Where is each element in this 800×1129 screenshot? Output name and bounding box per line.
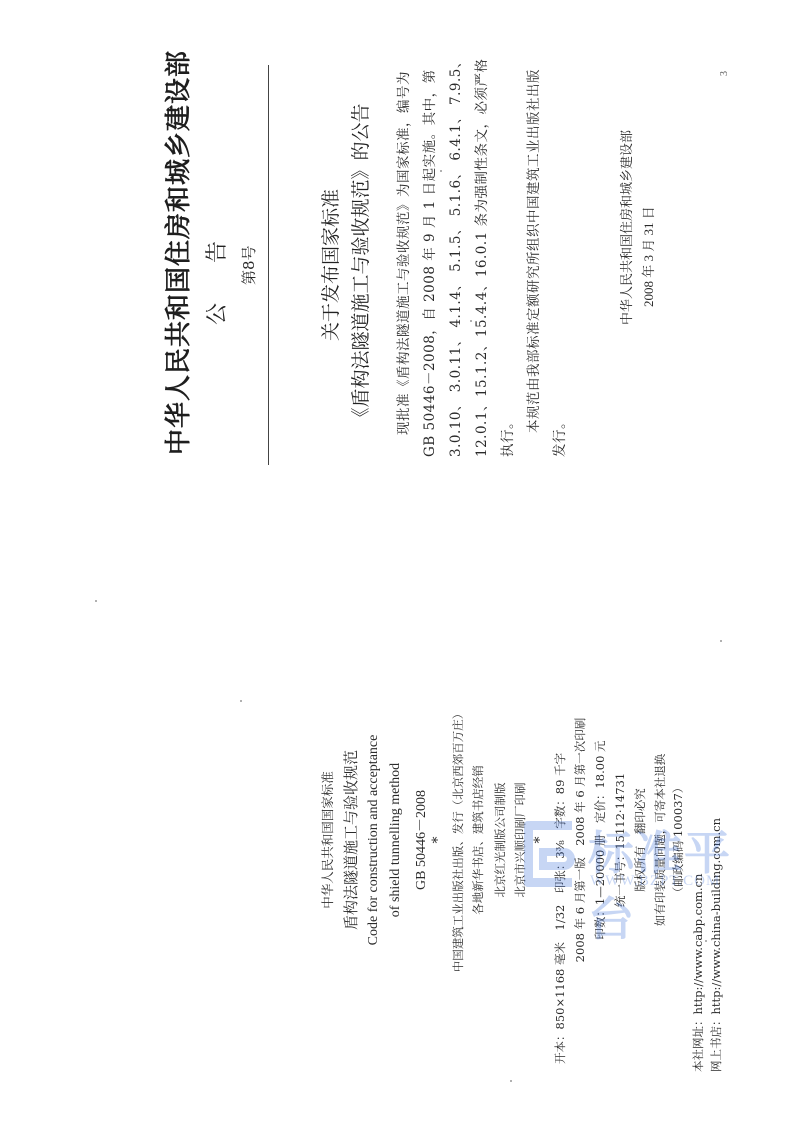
bzpt-logo-icon [524, 821, 572, 887]
standard-type: 中华人民共和国国家标准 [318, 580, 336, 1100]
announcement-panel: 中华人民共和国住房和城乡建设部 公告 第8号 关于发布国家标准 《盾构法隧道施工… [140, 55, 720, 475]
standard-code: GB 50446－2008 [410, 580, 430, 1100]
page-number: 3 [719, 71, 730, 76]
website-line: 本社网址：http://www.cabp.com.cn [690, 552, 706, 1072]
bookstore-line: 网上书店：http://www.china-building.com.cn [708, 552, 724, 1072]
distributor-line: 各地新华书店、建筑书店经销 [470, 580, 486, 1100]
format-line: 开本：850×1168 毫米 1/32 印张：3⅜ 字数：89 千字 [552, 544, 568, 1064]
scan-speck [720, 640, 722, 642]
scan-speck [470, 320, 472, 322]
watermark-text-en: WWW.BZPT.COM [590, 873, 720, 890]
body-line: GB 50446－2008，自 2008 年 9 月 1 日起实施。其中，第 [418, 69, 438, 457]
notice-number: 第8号 [238, 245, 259, 285]
subject-line-1: 关于发布国家标准 [316, 55, 343, 475]
scan-speck [240, 700, 242, 702]
title-en-1: Code for construction and acceptance [366, 580, 382, 1100]
title-en-2: of shield tunnelling method [388, 580, 404, 1100]
publisher-line: 中国建筑工业出版社出版、发行（北京西郊百万庄） [450, 580, 466, 1100]
body-line: 发行。 [548, 415, 568, 457]
body-line: 现批准《盾构法隧道施工与验收规范》为国家标准，编号为 [392, 71, 412, 435]
scan-speck [510, 1080, 512, 1082]
watermark: 标准平台 WWW.BZPT.COM [500, 815, 740, 905]
title-cn: 盾构法隧道施工与验收规范 [340, 580, 361, 1100]
signature-date: 2008 年 3 月 31 日 [638, 206, 657, 307]
body-line: 执行。 [496, 415, 516, 457]
separator-star: * [430, 580, 446, 1100]
notice-heading: 公告 [200, 201, 231, 325]
signature: 中华人民共和国住房和城乡建设部 [616, 130, 635, 325]
scan-speck [95, 600, 97, 602]
scan-speck [705, 940, 707, 942]
header-divider [268, 65, 269, 465]
subject-line-2: 《盾构法隧道施工与验收规范》的公告 [346, 55, 373, 475]
body-line: 本规范由我部标准定额研究所组织中国建筑工业出版社出版 [522, 69, 542, 447]
body-line: 3.0.10、 3.0.11、 4.1.4、 5.1.5、 5.1.6、 6.4… [444, 54, 464, 457]
ministry-title: 中华人民共和国住房和城乡建设部 [158, 50, 195, 455]
scan-speck [440, 170, 442, 172]
body-line: 12.0.1、15.1.2、15.4.4、16.0.1 条为强制性条文，必须严格 [470, 58, 490, 457]
